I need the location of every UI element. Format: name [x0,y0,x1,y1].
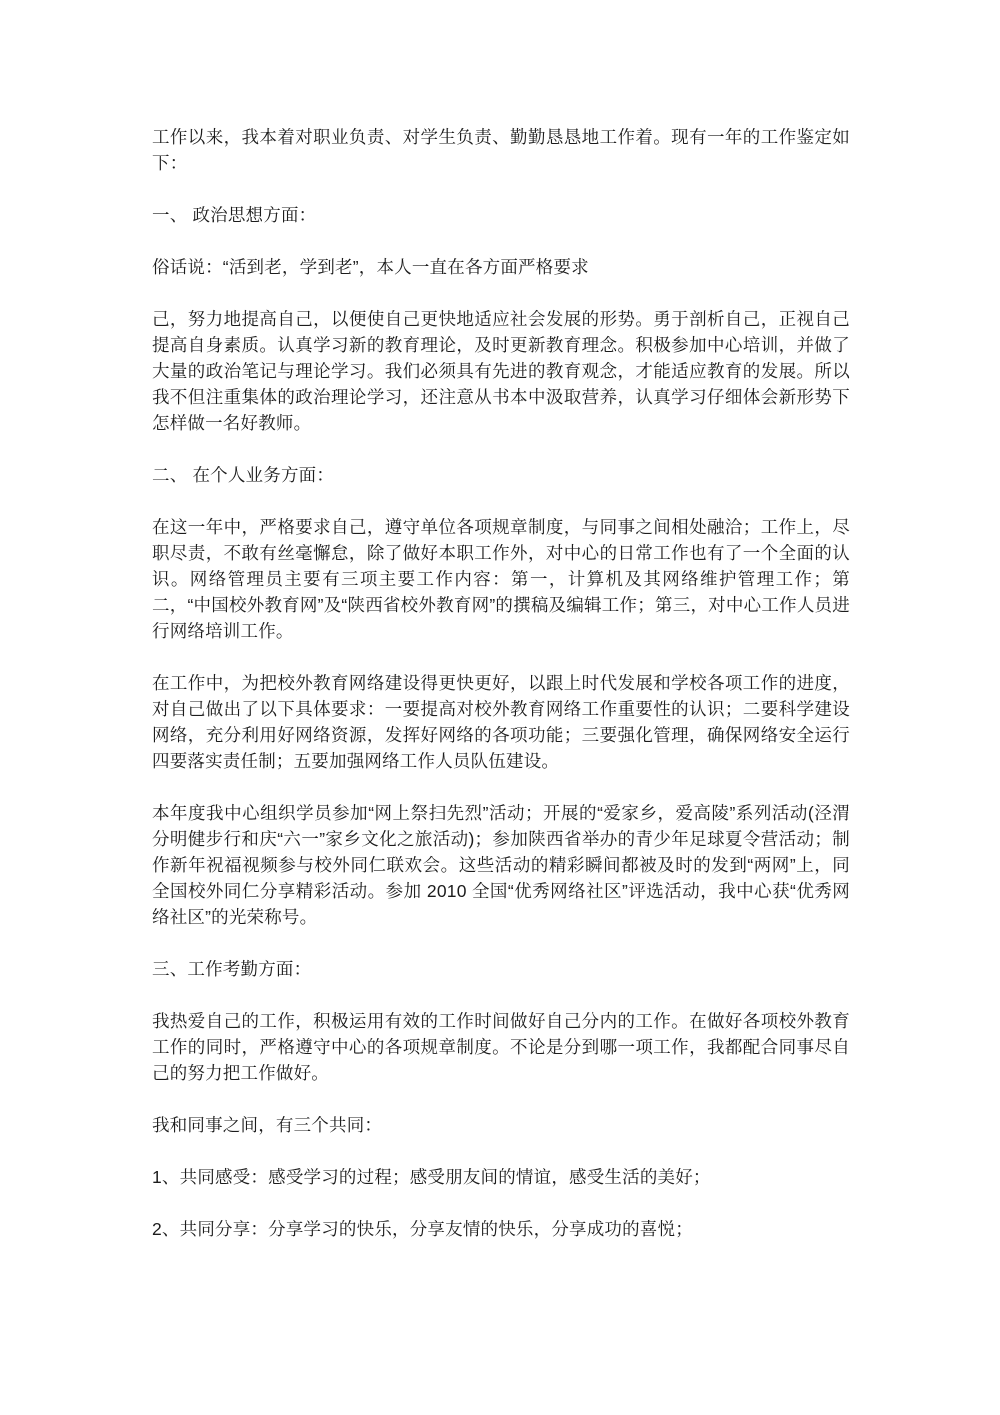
paragraph: 我和同事之间，有三个共同： [152,1112,850,1138]
section-heading-3: 三、工作考勤方面： [152,956,850,982]
paragraph: 在这一年中，严格要求自己，遵守单位各项规章制度，与同事之间相处融洽；工作上，尽职… [152,514,850,644]
section-heading-1: 一、 政治思想方面： [152,202,850,228]
paragraph: 俗话说：“活到老，学到老”，本人一直在各方面严格要求 [152,254,850,280]
list-item-1: 1、共同感受：感受学习的过程；感受朋友间的情谊，感受生活的美好； [152,1164,850,1190]
document-page: 工作以来，我本着对职业负责、对学生负责、勤勤恳恳地工作着。现有一年的工作鉴定如下… [0,0,1000,1415]
paragraph: 己，努力地提高自己，以便使自己更快地适应社会发展的形势。勇于剖析自己，正视自己提… [152,306,850,436]
document-body: 工作以来，我本着对职业负责、对学生负责、勤勤恳恳地工作着。现有一年的工作鉴定如下… [0,0,1000,1242]
paragraph: 我热爱自己的工作，积极运用有效的工作时间做好自己分内的工作。在做好各项校外教育工… [152,1008,850,1086]
list-item-2: 2、共同分享：分享学习的快乐，分享友情的快乐，分享成功的喜悦； [152,1216,850,1242]
paragraph: 本年度我中心组织学员参加“网上祭扫先烈”活动；开展的“爱家乡，爱高陵”系列活动(… [152,800,850,930]
paragraph-intro: 工作以来，我本着对职业负责、对学生负责、勤勤恳恳地工作着。现有一年的工作鉴定如下… [152,124,850,176]
paragraph: 在工作中，为把校外教育网络建设得更快更好，以跟上时代发展和学校各项工作的进度，对… [152,670,850,774]
section-heading-2: 二、 在个人业务方面： [152,462,850,488]
